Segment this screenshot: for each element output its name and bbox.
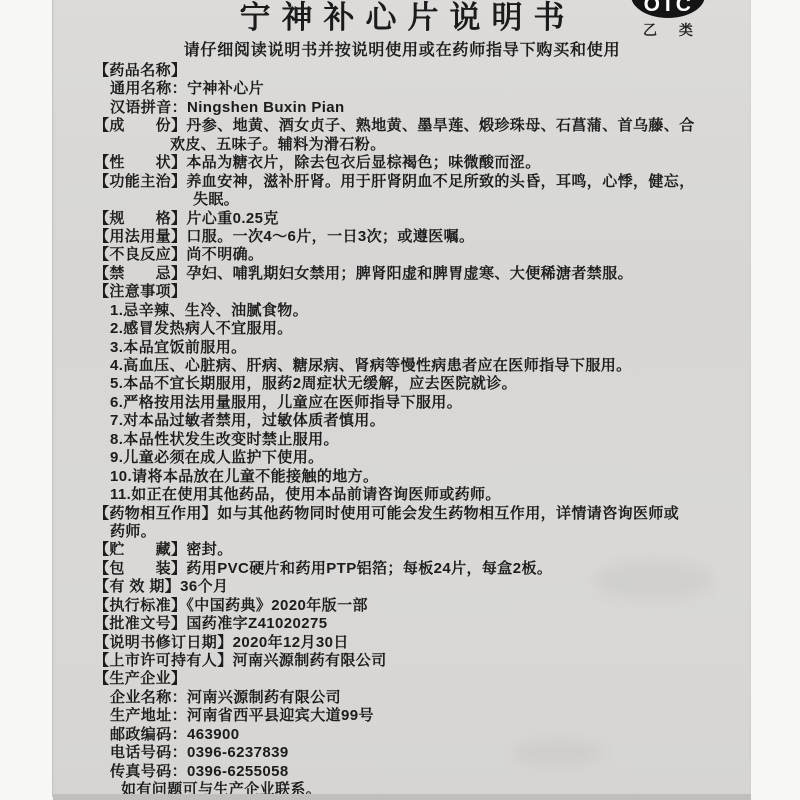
- text-line: 欢皮、五味子。辅料为滑石粉。: [94, 136, 730, 154]
- text-line: 通用名称：宁神补心片: [94, 80, 730, 98]
- scan-smudge: [513, 740, 603, 766]
- text-line: 【禁 忌】孕妇、哺乳期妇女禁用；脾肾阳虚和脾胃虚寒、大便稀溏者禁服。: [94, 265, 730, 283]
- text-line: 【用法用量】口服。一次4～6片，一日3次；或遵医嘱。: [94, 228, 730, 246]
- text-line: 6.严格按用法用量服用，儿童应在医师指导下服用。: [94, 394, 730, 412]
- page-subtitle: 请仔细阅读说明书并按说明使用或在药师指导下购买和使用: [53, 37, 751, 60]
- text-line: 2.感冒发热病人不宜服用。: [94, 320, 730, 338]
- text-line: 企业名称：河南兴源制药有限公司: [94, 689, 730, 707]
- text-line: 邮政编码：463900: [94, 726, 730, 744]
- text-line: 1.忌辛辣、生冷、油腻食物。: [94, 302, 730, 320]
- text-line: 9.儿童必须在成人监护下使用。: [94, 449, 730, 467]
- text-line: 【性 状】本品为糖衣片，除去包衣后显棕褐色；味微酸而涩。: [94, 154, 730, 172]
- text-line: 7.对本品过敏者禁用，过敏体质者慎用。: [94, 412, 730, 430]
- text-line: 汉语拼音：Ningshen Buxin Pian: [94, 99, 730, 117]
- leaflet-paper: OTC 乙 类 宁神补心片说明书 请仔细阅读说明书并按说明使用或在药师指导下购买…: [52, 0, 751, 797]
- text-line: 【注意事项】: [94, 283, 730, 301]
- text-line: 5.本品不宜长期服用，服药2周症状无缓解，应去医院就诊。: [94, 375, 730, 393]
- page-title: 宁神补心片说明书: [53, 0, 751, 36]
- text-line: 8.本品性状发生改变时禁止服用。: [94, 431, 730, 449]
- text-line: 【贮 藏】密封。: [94, 541, 730, 559]
- text-line: 4.高血压、心脏病、肝病、糖尿病、肾病等慢性病患者应在医师指导下服用。: [94, 357, 730, 375]
- text-line: 【功能主治】养血安神，滋补肝肾。用于肝肾阴血不足所致的头昏，耳鸣，心悸，健忘，: [94, 173, 730, 191]
- text-line: 失眠。: [94, 191, 730, 209]
- text-line: 【生产企业】: [94, 670, 730, 688]
- text-line: 传真号码：0396-6255058: [94, 763, 730, 781]
- text-line: 【药品名称】: [94, 62, 730, 80]
- text-line: 电话号码：0396-6237839: [94, 744, 730, 762]
- text-line: 药师。: [94, 523, 730, 541]
- leaflet-page: OTC 乙 类 宁神补心片说明书 请仔细阅读说明书并按说明使用或在药师指导下购买…: [0, 0, 800, 800]
- text-line: 【药物相互作用】如与其他药物同时使用可能会发生药物相互作用，详情请咨询医师或: [94, 505, 730, 523]
- text-line: 【执行标准】《中国药典》2020年版一部: [94, 597, 730, 615]
- text-line: 【上市许可持有人】河南兴源制药有限公司: [94, 652, 730, 670]
- scan-smudge: [593, 560, 713, 600]
- paper-bottom-edge: [53, 794, 751, 800]
- text-line: 【说明书修订日期】2020年12月30日: [94, 634, 730, 652]
- text-line: 【成 份】丹参、地黄、酒女贞子、熟地黄、墨旱莲、煅珍珠母、石菖蒲、首乌藤、合: [94, 117, 730, 135]
- leaflet-body: 【药品名称】通用名称：宁神补心片汉语拼音：Ningshen Buxin Pian…: [94, 62, 730, 800]
- text-line: 【批准文号】国药准字Z41020275: [94, 615, 730, 633]
- text-line: 【不良反应】尚不明确。: [94, 246, 730, 264]
- text-line: 10.请将本品放在儿童不能接触的地方。: [94, 468, 730, 486]
- text-line: 【规 格】片心重0.25克: [94, 210, 730, 228]
- text-line: 3.本品宜饭前服用。: [94, 339, 730, 357]
- text-line: 11.如正在使用其他药品，使用本品前请咨询医师或药师。: [94, 486, 730, 504]
- text-line: 生产地址：河南省西平县迎宾大道99号: [94, 707, 730, 725]
